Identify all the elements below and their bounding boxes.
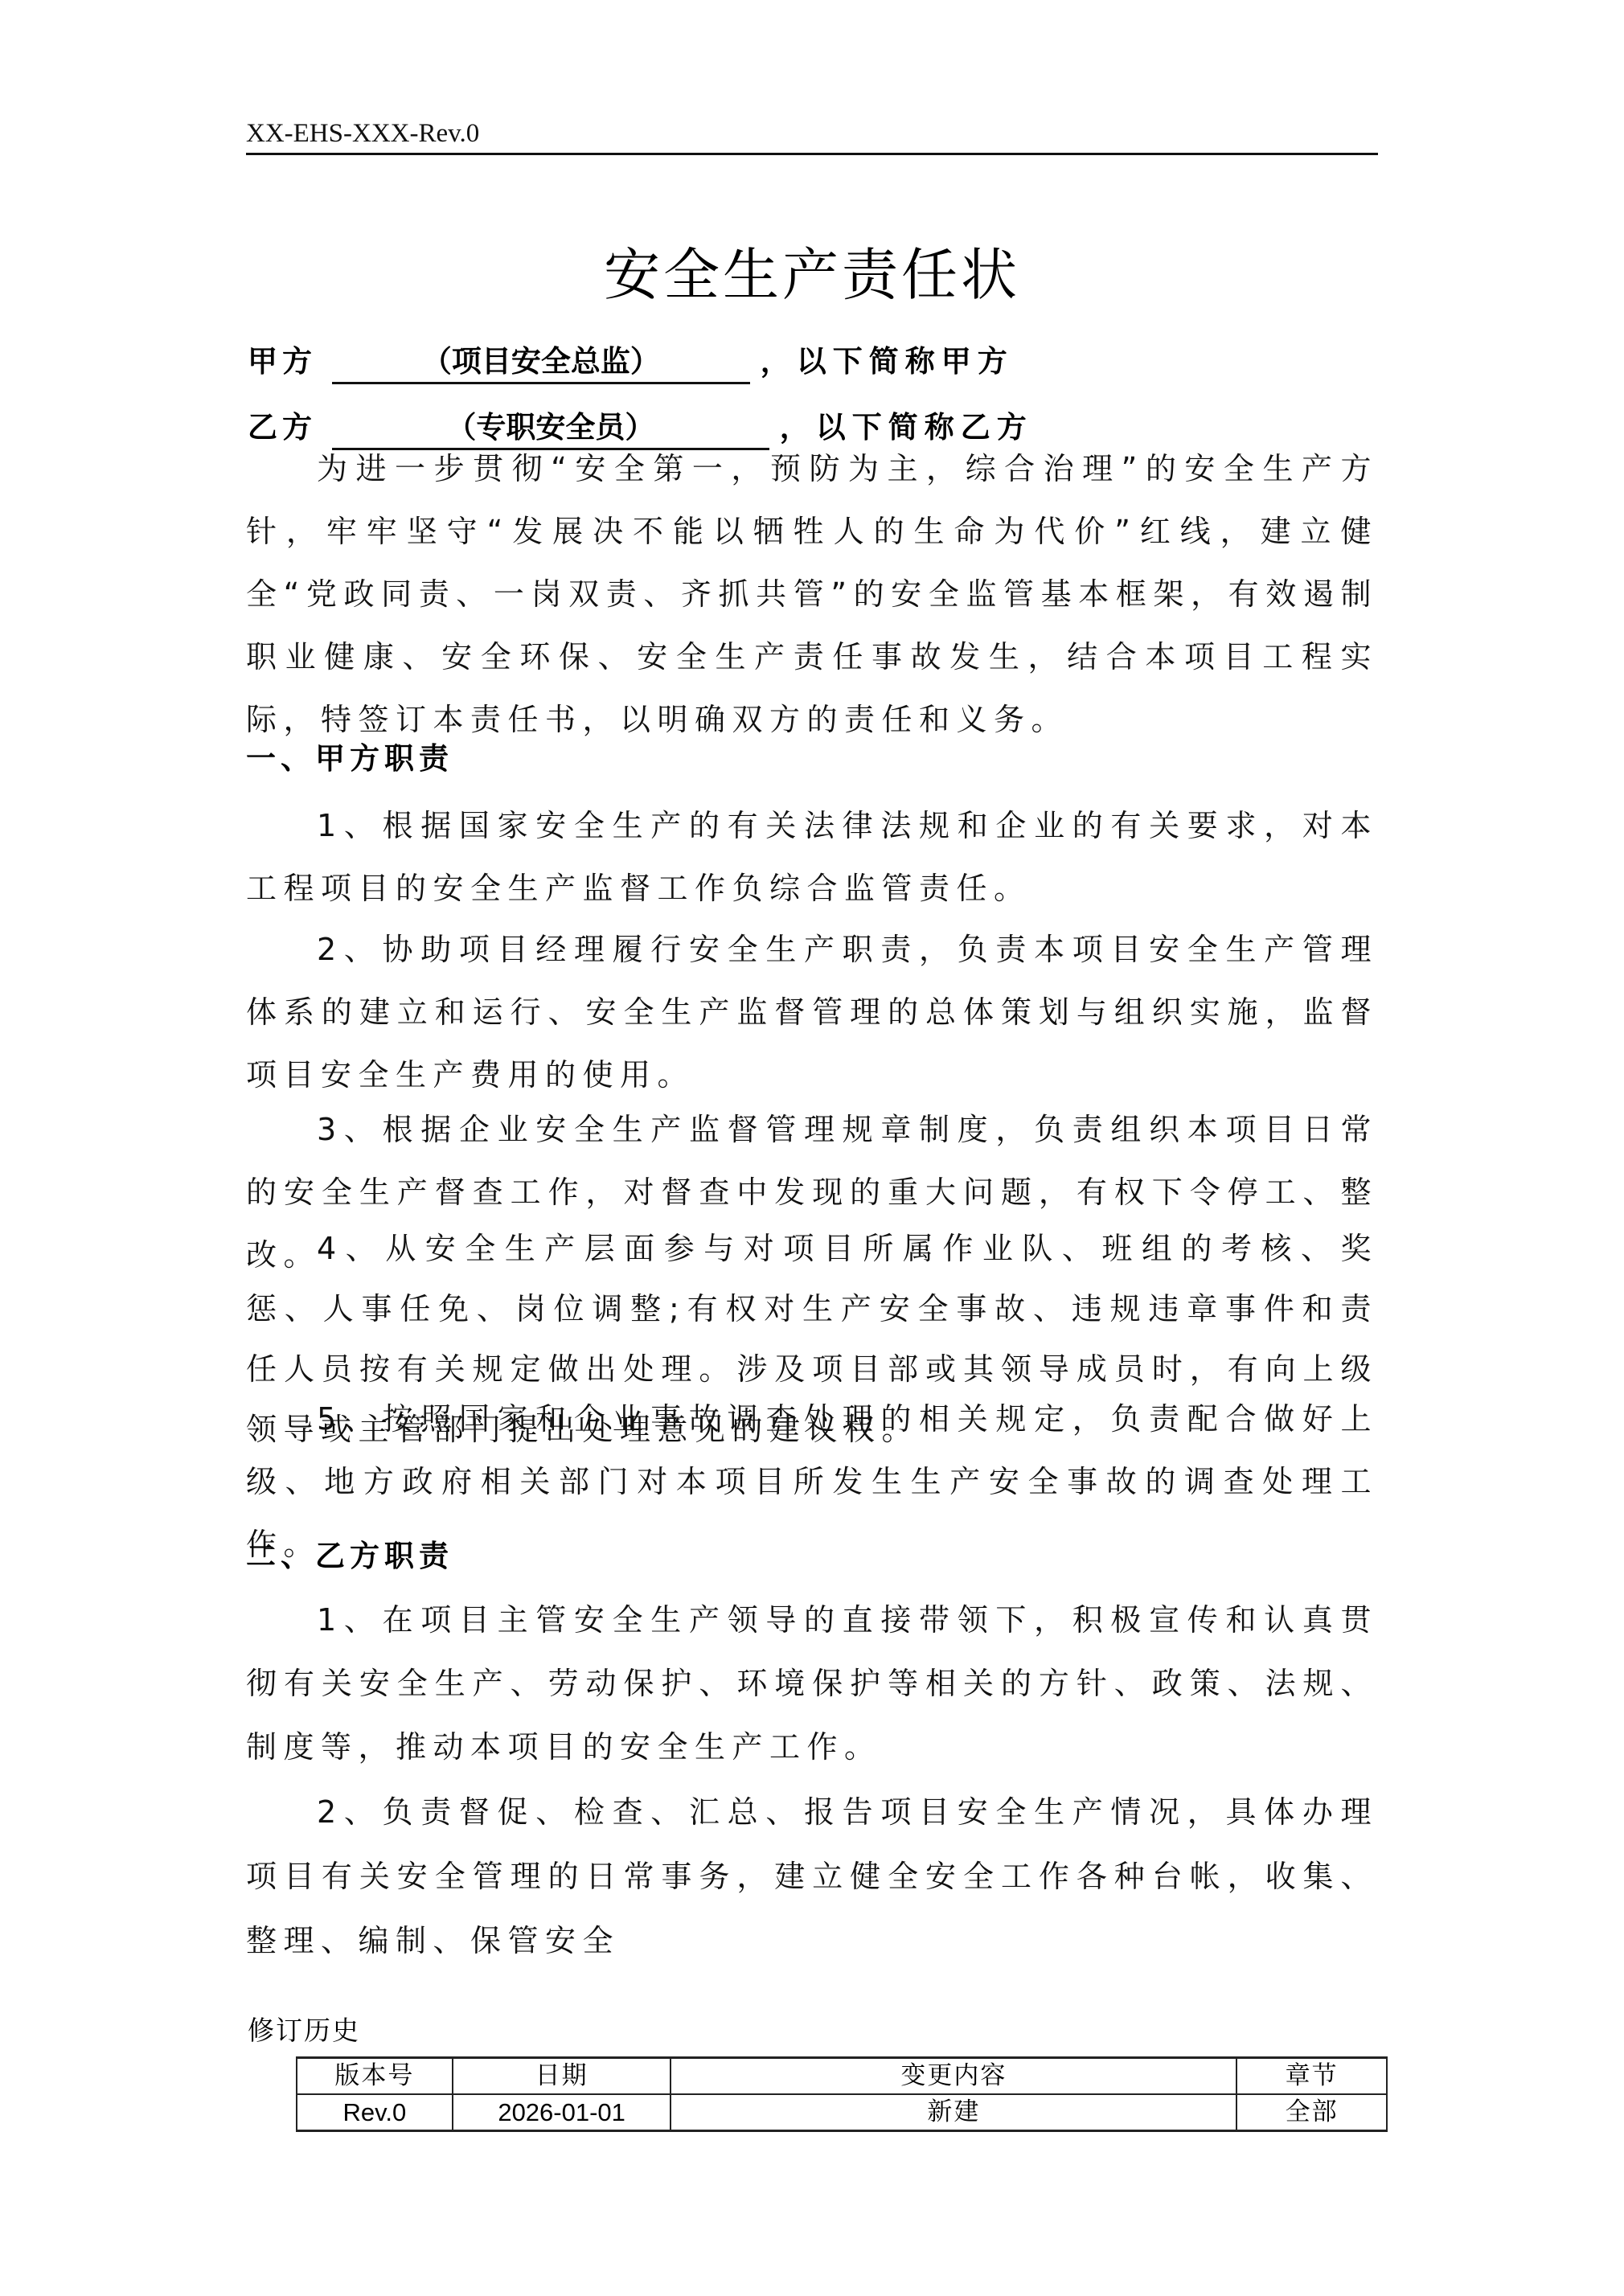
cell-version: Rev.0 bbox=[297, 2094, 453, 2131]
revision-history-table: 版本号 日期 变更内容 章节 Rev.0 2026-01-01 新建 全部 bbox=[296, 2056, 1388, 2132]
column-header-change: 变更内容 bbox=[671, 2058, 1236, 2095]
column-header-section: 章节 bbox=[1236, 2058, 1387, 2095]
party-a-role-field[interactable]: （项目安全总监） bbox=[332, 342, 750, 384]
party-a-item-1: 1、根据国家安全生产的有关法律法规和企业的有关要求，对本工程项目的安全生产监督工… bbox=[246, 794, 1378, 920]
intro-paragraph: 为进一步贯彻“安全第一，预防为主，综合治理”的安全生产方针，牢牢坚守“发展决不能… bbox=[246, 437, 1378, 751]
column-header-date: 日期 bbox=[453, 2058, 671, 2095]
party-a-line: 甲方 （项目安全总监） ，以下简称甲方 bbox=[248, 338, 1014, 386]
document-page: XX-EHS-XXX-Rev.0 安全生产责任状 甲方 （项目安全总监） ，以下… bbox=[0, 0, 1624, 2296]
cell-section: 全部 bbox=[1236, 2094, 1387, 2131]
page-header: XX-EHS-XXX-Rev.0 bbox=[246, 113, 1378, 155]
revision-history-title: 修订历史 bbox=[248, 2011, 360, 2050]
section-heading-party-b: 二、乙方职责 bbox=[246, 1532, 453, 1581]
party-b-item-2: 2、负责督促、检查、汇总、报告项目安全生产情况，具体办理项目有关安全管理的日常事… bbox=[246, 1780, 1378, 1973]
section-heading-party-a: 一、甲方职责 bbox=[246, 735, 453, 783]
document-code: XX-EHS-XXX-Rev.0 bbox=[246, 119, 479, 148]
party-a-item-2: 2、协助项目经理履行安全生产职责，负责本项目安全生产管理体系的建立和运行、安全生… bbox=[246, 918, 1378, 1106]
table-header-row: 版本号 日期 变更内容 章节 bbox=[297, 2058, 1387, 2095]
party-b-item-1: 1、在项目主管安全生产领导的直接带领下，积极宣传和认真贯彻有关安全生产、劳动保护… bbox=[246, 1589, 1378, 1779]
table-row: Rev.0 2026-01-01 新建 全部 bbox=[297, 2094, 1387, 2131]
party-a-suffix: ，以下简称甲方 bbox=[761, 338, 1014, 386]
cell-date: 2026-01-01 bbox=[453, 2094, 671, 2131]
party-a-label: 甲方 bbox=[248, 338, 317, 386]
document-title: 安全生产责任状 bbox=[246, 239, 1378, 311]
cell-change: 新建 bbox=[671, 2094, 1236, 2131]
column-header-version: 版本号 bbox=[297, 2058, 453, 2095]
